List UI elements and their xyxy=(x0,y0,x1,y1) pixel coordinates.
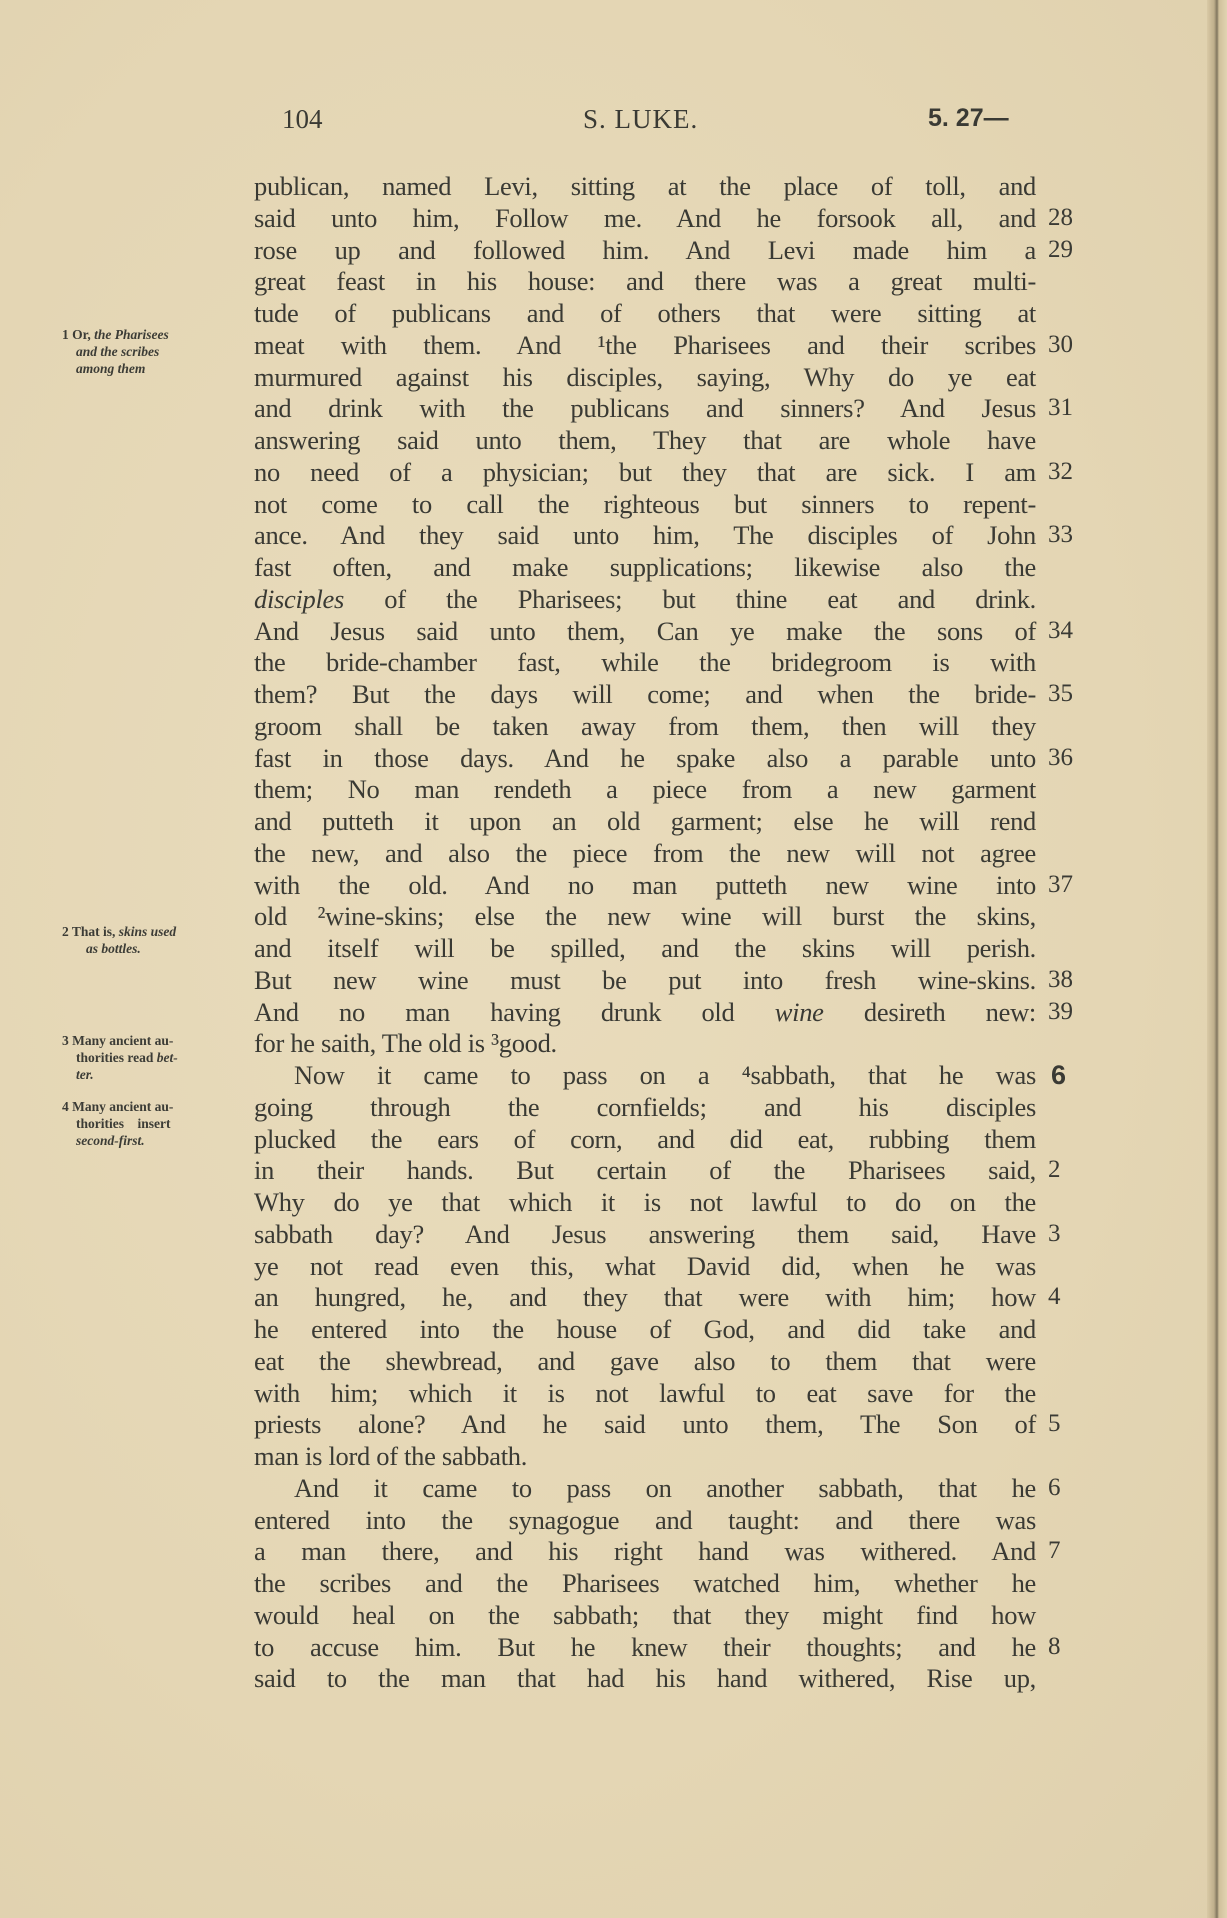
verse-number: 37 xyxy=(1048,870,1073,900)
text-line: And no man having drunk old wine desiret… xyxy=(254,997,1036,1027)
text-line: entered into the synagogue and taught: a… xyxy=(254,1505,1036,1535)
text-line: eat the shewbread, and gave also to them… xyxy=(254,1346,1036,1376)
text-line: to accuse him. But he knew their thought… xyxy=(254,1632,1036,1662)
text-line: publican, named Levi, sitting at the pla… xyxy=(254,171,1036,201)
text-line: rose up and followed him. And Levi made … xyxy=(254,235,1036,265)
text-line: ye not read even this, what David did, w… xyxy=(254,1251,1036,1281)
running-header: 104 S. LUKE. 5. 27— xyxy=(0,104,1227,144)
text-line: the bride-chamber fast, while the brideg… xyxy=(254,647,1036,677)
text-line: said to the man that had his hand wither… xyxy=(254,1663,1036,1693)
text-line: great feast in his house: and there was … xyxy=(254,266,1036,296)
text-line: not come to call the righteous but sinne… xyxy=(254,489,1036,519)
note-italic: the Pharisees xyxy=(94,327,169,342)
text-line: going through the cornfields; and his di… xyxy=(254,1092,1036,1122)
text-line: them; No man rendeth a piece from a new … xyxy=(254,774,1036,804)
verse-number: 35 xyxy=(1048,679,1073,709)
text-line: tude of publicans and of others that wer… xyxy=(254,298,1036,328)
note-text: Many ancient au- xyxy=(72,1099,173,1114)
text-line: But new wine must be put into fresh wine… xyxy=(254,965,1036,995)
text-line: Why do ye that which it is not lawful to… xyxy=(254,1187,1036,1217)
margin-note-1: 1 Or, the Pharisees and the scribes amon… xyxy=(62,326,258,377)
verse-number: 32 xyxy=(1048,457,1073,487)
verse-number: 28 xyxy=(1048,203,1073,233)
verse-number: 38 xyxy=(1048,965,1073,995)
text-line: and drink with the publicans and sinners… xyxy=(254,393,1036,423)
page-edge-shadow xyxy=(1207,0,1227,1918)
text-line: no need of a physician; but they that ar… xyxy=(254,457,1036,487)
text-line: and putteth it upon an old garment; else… xyxy=(254,806,1036,836)
note-text: Many ancient au- xyxy=(72,1033,173,1048)
text-line: disciples of the Pharisees; but thine ea… xyxy=(254,584,1036,614)
text-line: meat with them. And ¹the Pharisees and t… xyxy=(254,330,1036,360)
verse-number: 3 xyxy=(1048,1219,1061,1249)
text-line: old ²wine-skins; else the new wine will … xyxy=(254,901,1036,931)
note-italic: among them xyxy=(76,361,145,376)
note-text: thorities insert xyxy=(76,1116,170,1131)
text-line: with him; which it is not lawful to eat … xyxy=(254,1378,1036,1408)
verse-number: 7 xyxy=(1048,1536,1061,1566)
book-title: S. LUKE. xyxy=(583,104,698,135)
text-line: man is lord of the sabbath. xyxy=(254,1441,1036,1471)
note-italic: ter. xyxy=(76,1067,94,1082)
note-number: 2 xyxy=(62,924,69,939)
verse-number: 5 xyxy=(1048,1409,1061,1439)
note-number: 4 xyxy=(62,1099,69,1114)
text-line: answering said unto them, They that are … xyxy=(254,425,1036,455)
note-text: That is, xyxy=(72,924,116,939)
text-line: ance. And they said unto him, The discip… xyxy=(254,520,1036,550)
text-line: in their hands. But certain of the Phari… xyxy=(254,1155,1036,1185)
verse-number: 29 xyxy=(1048,235,1073,265)
text-line: And it came to pass on another sabbath, … xyxy=(254,1473,1036,1503)
verse-number: 31 xyxy=(1048,393,1073,423)
text-line: murmured against his disciples, saying, … xyxy=(254,362,1036,392)
note-number: 3 xyxy=(62,1033,69,1048)
verse-number: 8 xyxy=(1048,1632,1061,1662)
note-italic: and the scribes xyxy=(76,344,159,359)
text-line: would heal on the sabbath; that they mig… xyxy=(254,1600,1036,1630)
margin-note-3: 3 Many ancient au- thorities read bet- t… xyxy=(62,1032,258,1083)
verse-number: 30 xyxy=(1048,330,1073,360)
text-line: groom shall be taken away from them, the… xyxy=(254,711,1036,741)
verse-number: 4 xyxy=(1048,1282,1061,1312)
text-line: for he saith, The old is ³good. xyxy=(254,1028,1036,1058)
text-line: said unto him, Follow me. And he forsook… xyxy=(254,203,1036,233)
text-line: he entered into the house of God, and di… xyxy=(254,1314,1036,1344)
text-line: them? But the days will come; and when t… xyxy=(254,679,1036,709)
note-text: Or, xyxy=(72,327,91,342)
chapter-number: 6 xyxy=(1051,1060,1066,1090)
text-line: the scribes and the Pharisees watched hi… xyxy=(254,1568,1036,1598)
text-line: the new, and also the piece from the new… xyxy=(254,838,1036,868)
text-line: Now it came to pass on a ⁴sabbath, that … xyxy=(254,1060,1036,1090)
text-line: fast in those days. And he spake also a … xyxy=(254,743,1036,773)
note-number: 1 xyxy=(62,327,69,342)
margin-note-4: 4 Many ancient au- thorities insert seco… xyxy=(62,1098,258,1149)
margin-note-2: 2 That is, skins used as bottles. xyxy=(62,923,258,957)
text-line: priests alone? And he said unto them, Th… xyxy=(254,1409,1036,1439)
text-line: plucked the ears of corn, and did eat, r… xyxy=(254,1124,1036,1154)
note-italic: skins used xyxy=(119,924,176,939)
note-italic: as bottles. xyxy=(86,941,141,956)
page-number: 104 xyxy=(282,104,323,135)
text-line: fast often, and make supplications; like… xyxy=(254,552,1036,582)
verse-number: 39 xyxy=(1048,997,1073,1027)
text-line: with the old. And no man putteth new win… xyxy=(254,870,1036,900)
chapter-verse-reference: 5. 27— xyxy=(928,104,1009,133)
verse-number: 6 xyxy=(1048,1473,1061,1503)
text-line: a man there, and his right hand was with… xyxy=(254,1536,1036,1566)
verse-number: 2 xyxy=(1048,1155,1061,1185)
note-italic: second-first. xyxy=(76,1133,145,1148)
verse-number: 36 xyxy=(1048,743,1073,773)
text-line: And Jesus said unto them, Can ye make th… xyxy=(254,616,1036,646)
verse-number: 33 xyxy=(1048,520,1073,550)
note-text: thorities read xyxy=(76,1050,153,1065)
note-italic: bet- xyxy=(157,1050,178,1065)
text-line: and itself will be spilled, and the skin… xyxy=(254,933,1036,963)
text-line: sabbath day? And Jesus answering them sa… xyxy=(254,1219,1036,1249)
text-line: an hungred, he, and they that were with … xyxy=(254,1282,1036,1312)
verse-number: 34 xyxy=(1048,616,1073,646)
